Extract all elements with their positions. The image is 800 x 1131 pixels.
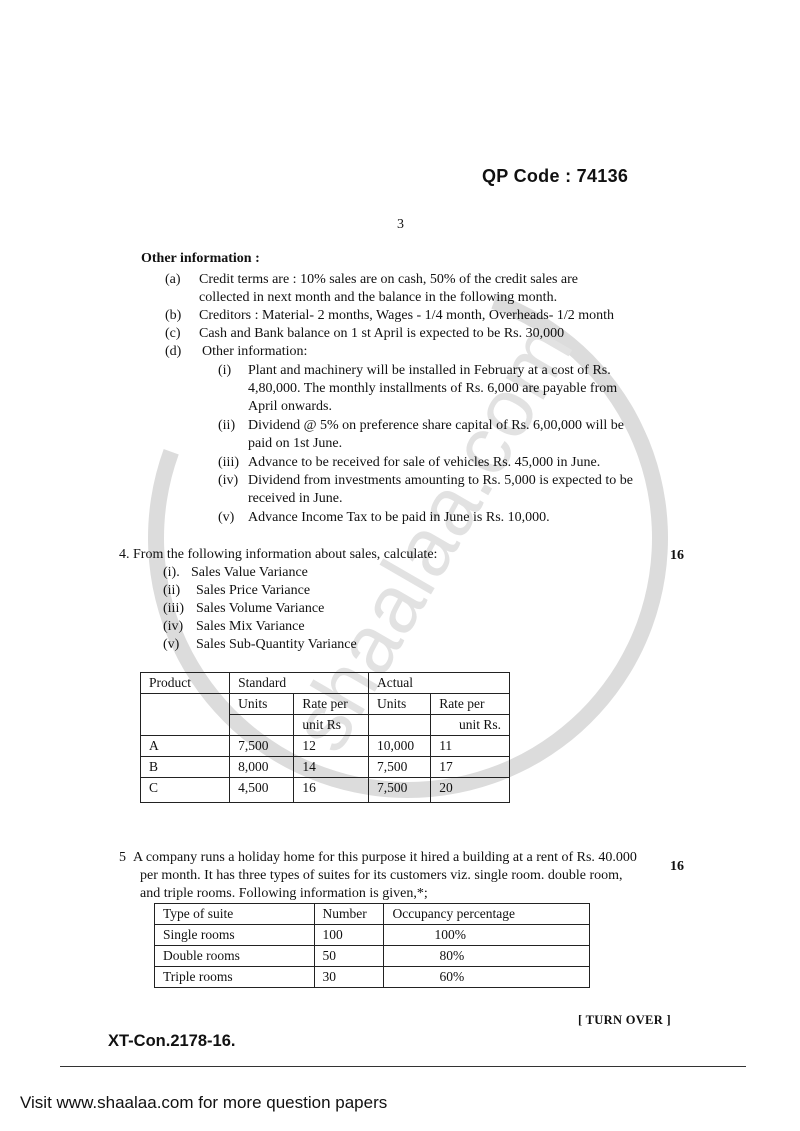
table-row: A 7,500 12 10,000 11: [141, 736, 510, 757]
item-c: (c)Cash and Bank balance on 1 st April i…: [165, 325, 564, 343]
table-row: Triple rooms 30 60%: [155, 967, 590, 988]
q4-part-iii: (iii)Sales Volume Variance: [163, 600, 324, 618]
q4-part-ii: (ii)Sales Price Variance: [163, 582, 310, 600]
header-empty: [141, 694, 230, 736]
q4-part-v: (v)Sales Sub-Quantity Variance: [163, 636, 357, 654]
question-5-line-1: 5 A company runs a holiday home for this…: [119, 849, 637, 867]
sub-item-ii-cont: paid on 1st June.: [248, 435, 342, 453]
question-5-line-3: and triple rooms. Following information …: [140, 885, 428, 903]
question-4-marks: 16: [670, 547, 684, 565]
header-standard-rate: Rate per: [294, 694, 369, 715]
item-a-cont: collected in next month and the balance …: [199, 289, 557, 307]
table-row: C 4,500 16 7,500 20: [141, 778, 510, 803]
sub-item-v: (v)Advance Income Tax to be paid in June…: [218, 509, 550, 527]
sub-item-iii: (iii)Advance to be received for sale of …: [218, 454, 600, 472]
sales-variance-table: Product Standard Actual Units Rate per U…: [140, 672, 510, 803]
item-a: (a)Credit terms are : 10% sales are on c…: [165, 271, 578, 289]
question-5-line-2: per month. It has three types of suites …: [140, 867, 623, 885]
table-header-row: Product Standard Actual: [141, 673, 510, 694]
sub-item-i: (i)Plant and machinery will be installed…: [218, 362, 611, 380]
header-occupancy: Occupancy percentage: [384, 904, 590, 925]
q4-part-iv: (iv)Sales Mix Variance: [163, 618, 305, 636]
qp-code: QP Code : 74136: [482, 166, 628, 187]
header-actual-units: Units: [369, 694, 431, 715]
table-row: B 8,000 14 7,500 17: [141, 757, 510, 778]
header-type-of-suite: Type of suite: [155, 904, 315, 925]
question-4-text: 4. From the following information about …: [119, 546, 437, 564]
header-actual: Actual: [369, 673, 510, 694]
footer-divider: [60, 1066, 746, 1067]
header-actual-rate: Rate per: [431, 694, 510, 715]
turn-over-label: [ TURN OVER ]: [578, 1011, 671, 1029]
holiday-home-table: Type of suite Number Occupancy percentag…: [154, 903, 590, 988]
header-product: Product: [141, 673, 230, 694]
header-standard-rate-unit: unit Rs: [294, 715, 369, 736]
table-header-row: Type of suite Number Occupancy percentag…: [155, 904, 590, 925]
sub-item-iv-cont: received in June.: [248, 490, 342, 508]
header-standard-units: Units: [230, 694, 294, 715]
header-actual-rate-unit: unit Rs.: [431, 715, 510, 736]
question-5-marks: 16: [670, 858, 684, 876]
sub-item-ii: (ii)Dividend @ 5% on preference share ca…: [218, 417, 624, 435]
visit-link-text[interactable]: Visit www.shaalaa.com for more question …: [20, 1093, 387, 1113]
sub-item-i-cont-2: April onwards.: [248, 398, 332, 416]
header-standard: Standard: [230, 673, 369, 694]
table-row: Double rooms 50 80%: [155, 946, 590, 967]
page-number: 3: [397, 216, 404, 234]
sub-item-iv: (iv)Dividend from investments amounting …: [218, 472, 633, 490]
paper-code: XT-Con.2178-16.: [108, 1032, 235, 1051]
item-b: (b)Creditors : Material- 2 months, Wages…: [165, 307, 614, 325]
table-subheader-row: Units Rate per Units Rate per: [141, 694, 510, 715]
item-d: (d)Other information:: [165, 343, 307, 361]
header-number: Number: [314, 904, 384, 925]
table-row: Single rooms 100 100%: [155, 925, 590, 946]
other-information-heading: Other information :: [141, 251, 260, 267]
q4-part-i: (i).Sales Value Variance: [163, 564, 308, 582]
sub-item-i-cont-1: 4,80,000. The monthly installments of Rs…: [248, 380, 617, 398]
